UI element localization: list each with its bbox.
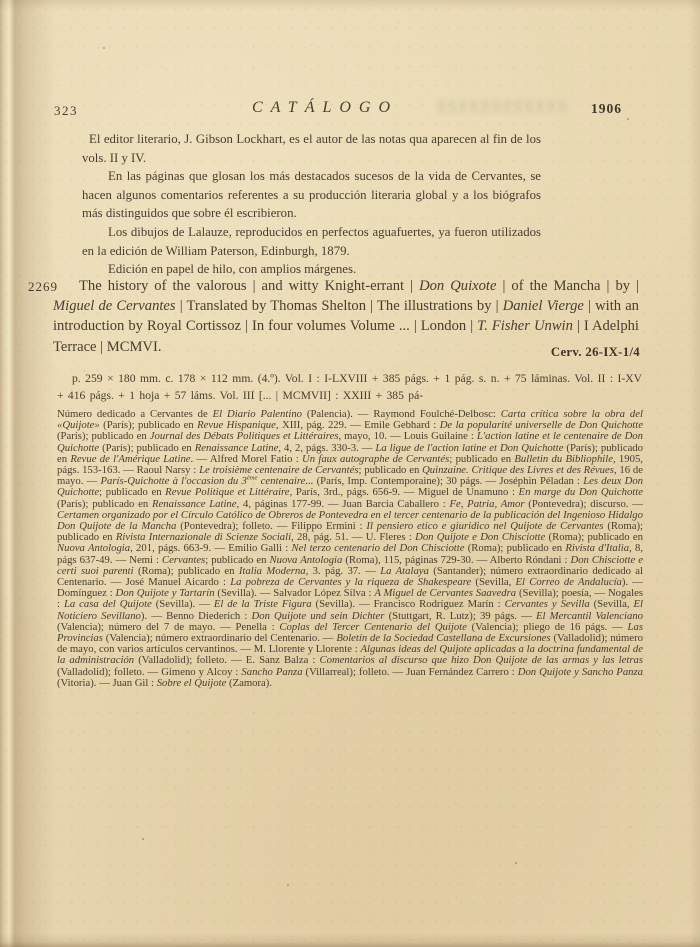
intro-paragraph: Los dibujos de Lalauze, reproducidos en … bbox=[82, 223, 541, 260]
page-top-shadow bbox=[0, 0, 700, 10]
page-bottom-shadow bbox=[0, 933, 700, 947]
collation: p. 259 × 180 mm. c. 178 × 112 mm. (4.º).… bbox=[57, 370, 642, 404]
page-number: 323 bbox=[54, 103, 78, 119]
page-right-shadow bbox=[688, 0, 700, 947]
year-label: 1906 bbox=[591, 101, 622, 117]
paper-speck bbox=[142, 838, 144, 840]
paper-speck bbox=[515, 862, 517, 864]
intro-paragraph: En las páginas que glosan los más destac… bbox=[82, 167, 541, 223]
page-gutter-shadow bbox=[0, 0, 55, 947]
intro-paragraph: El editor literario, J. Gibson Lockhart,… bbox=[82, 130, 541, 167]
scanned-page: 323 CATÁLOGO 1906 El editor literario, J… bbox=[0, 0, 700, 947]
page-header: 323 CATÁLOGO 1906 bbox=[0, 99, 700, 121]
bibliography: Número dedicado a Cervantes de El Diario… bbox=[57, 409, 643, 689]
paper-speck bbox=[287, 884, 289, 886]
intro-text: El editor literario, J. Gibson Lockhart,… bbox=[82, 130, 541, 279]
shelfmark: Cerv. 26-IX-1/4 bbox=[0, 345, 640, 360]
running-title: CATÁLOGO bbox=[208, 99, 442, 117]
paper-speck bbox=[103, 47, 105, 49]
